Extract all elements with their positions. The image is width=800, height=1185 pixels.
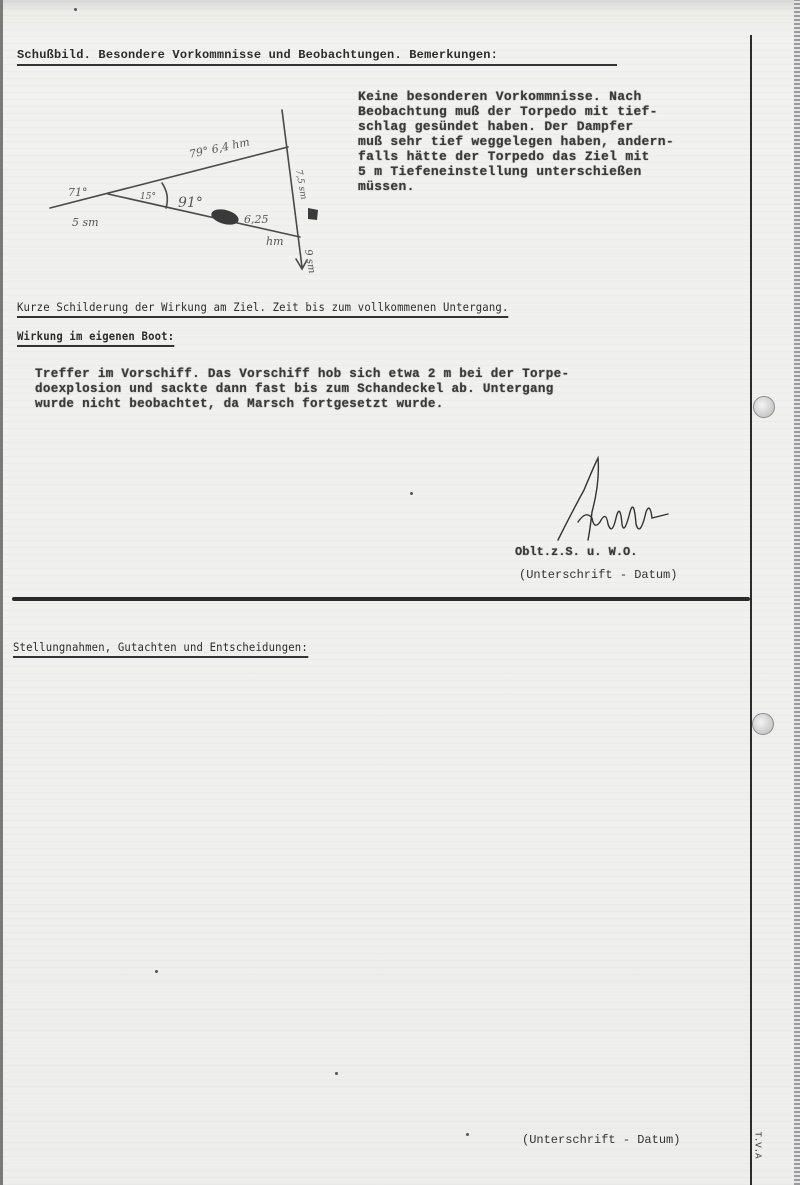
speck (466, 1133, 469, 1136)
section-heading-wirkung-am-ziel: Kurze Schilderung der Wirkung am Ziel. Z… (17, 300, 509, 318)
speck (410, 492, 413, 495)
handwritten-signature (550, 452, 680, 547)
target-ship-icon (210, 207, 241, 228)
signature-caption: (Unterschrift - Datum) (519, 568, 677, 582)
speck (335, 1072, 338, 1075)
section-heading-schussbild: Schußbild. Besondere Vorkommnisse und Be… (17, 48, 617, 66)
signature-rank: Oblt.z.S. u. W.O. (515, 545, 637, 559)
punch-hole-icon (753, 396, 775, 418)
margin-mark: T.V.A (753, 1131, 763, 1158)
uboat-mark-icon (308, 208, 318, 220)
sketch-label-lower-distance: 6,25 (244, 213, 269, 226)
sketch-label-inner-angle: 15° (140, 192, 156, 202)
sketch-label-left-angle: 71° (68, 186, 88, 199)
sketch-label-lower-angle: 91° (178, 195, 203, 211)
section-heading-wirkung-eigenes-boot: Wirkung im eigenen Boot: (17, 329, 174, 347)
signature-caption-bottom: (Unterschrift - Datum) (522, 1133, 680, 1147)
angle-arc (162, 183, 167, 208)
speck (74, 8, 77, 11)
remarks-text: Keine besonderen Vorkommnisse. Nach Beob… (358, 89, 758, 194)
section-heading-stellungnahmen: Stellungnahmen, Gutachten und Entscheidu… (13, 640, 308, 658)
sketch-label-lower-unit: hm (266, 235, 284, 248)
punch-hole-icon (752, 713, 774, 735)
section-divider (12, 597, 750, 601)
effect-text: Treffer im Vorschiff. Das Vorschiff hob … (35, 367, 750, 412)
sketch-label-upper-line: 79° 6,4 hm (188, 135, 251, 161)
sketch-label-right-vertical: 7,5 sm (293, 169, 308, 201)
right-margin-rule (750, 35, 752, 1185)
firing-sketch-diagram: 71° 5 sm 79° 6,4 hm 15° 91° 6,25 hm 7,5 … (30, 95, 350, 285)
torpedo-track-line (108, 194, 300, 237)
page-left-edge (0, 0, 3, 1185)
sketch-label-right-bottom: 9 sm (302, 249, 317, 275)
speck (155, 970, 158, 973)
sketch-label-left-distance: 5 sm (72, 216, 99, 229)
page-right-edge (794, 0, 800, 1185)
